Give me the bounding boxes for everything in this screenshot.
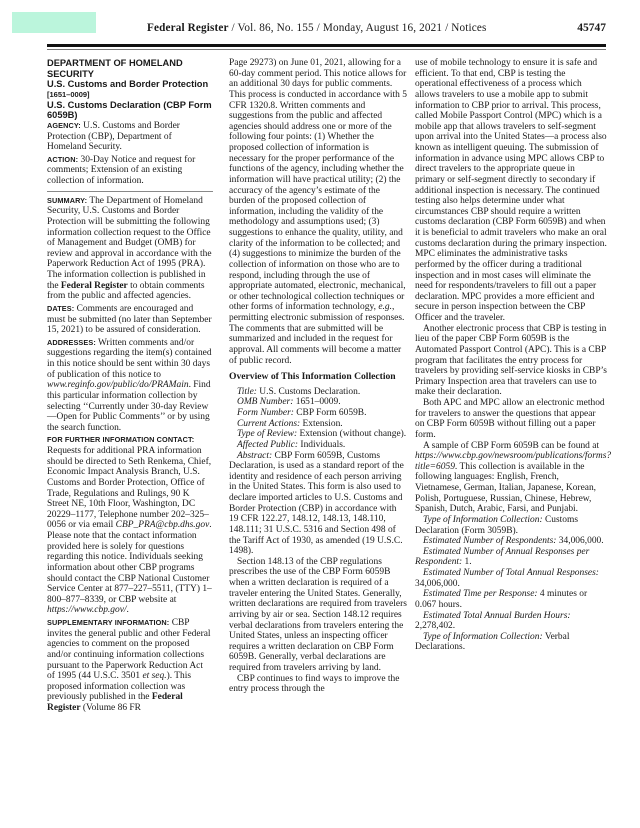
section-148-paragraph: Section 148.13 of the CBP regulations pr… — [229, 557, 407, 674]
addresses-section: ADDRESSES: Written comments and/or sugge… — [47, 338, 213, 434]
cbp-website-link[interactable]: https://www.cbp.gov/ — [47, 605, 127, 615]
field-abstract: Abstract: CBP Form 6059B, Customs Declar… — [229, 451, 407, 557]
running-header: Federal Register / Vol. 86, No. 155 / Mo… — [47, 22, 606, 38]
sub-agency-heading: U.S. Customs and Border Protection — [47, 79, 213, 90]
field-omb-number: OMB Number: 1651–0009. — [229, 397, 407, 408]
estimate-respondents: Estimated Number of Respondents: 34,006,… — [415, 536, 607, 547]
column-1: DEPARTMENT OF HOMELAND SECURITY U.S. Cus… — [47, 58, 213, 714]
header-rule-thin — [47, 49, 606, 50]
addresses-label: ADDRESSES: — [47, 338, 96, 347]
apc-mpc-paragraph: Both APC and MPC allow an electronic met… — [415, 398, 607, 441]
estimate-type-collection-verbal: Type of Information Collection: Verbal D… — [415, 632, 607, 653]
field-form-number: Form Number: CBP Form 6059B. — [229, 408, 407, 419]
contact-section: FOR FURTHER INFORMATION CONTACT: Request… — [47, 435, 213, 616]
estimate-burden-hours: Estimated Total Annual Burden Hours: 2,2… — [415, 611, 607, 632]
field-title: Title: U.S. Customs Declaration. — [229, 387, 407, 398]
supplementary-section: SUPPLEMENTARY INFORMATION: CBP invites t… — [47, 618, 213, 714]
summary-section: SUMMARY: The Department of Homeland Secu… — [47, 196, 213, 302]
agency-heading: DEPARTMENT OF HOMELAND SECURITY — [47, 58, 213, 79]
agency-section: AGENCY: U.S. Customs and Border Protecti… — [47, 121, 213, 153]
email-link[interactable]: CBP_PRA@cbp.dhs.gov — [116, 520, 210, 530]
supplementary-continued: Page 29273) on June 01, 2021, allowing f… — [229, 58, 407, 366]
estimate-type-collection: Type of Information Collection: Customs … — [415, 515, 607, 536]
header-title: Federal Register / Vol. 86, No. 155 / Mo… — [147, 22, 487, 34]
estimate-responses-per-respondent: Estimated Number of Annual Responses per… — [415, 547, 607, 568]
overview-heading: Overview of This Information Collection — [229, 372, 407, 383]
page-number: 45747 — [577, 22, 606, 34]
dates-label: DATES: — [47, 304, 74, 313]
estimate-time-per-response: Estimated Time per Response: 4 minutes o… — [415, 589, 607, 610]
contact-label: FOR FURTHER INFORMATION CONTACT: — [47, 435, 194, 444]
estimate-total-responses: Estimated Number of Total Annual Respons… — [415, 568, 607, 589]
cbp-continues-paragraph: CBP continues to find ways to improve th… — [229, 674, 407, 695]
section-divider — [47, 191, 213, 192]
sample-paragraph: A sample of CBP Form 6059B can be found … — [415, 441, 607, 515]
field-affected-public: Affected Public: Individuals. — [229, 440, 407, 451]
action-section: ACTION: 30-Day Notice and request for co… — [47, 155, 213, 187]
issue-info: / Vol. 86, No. 155 / Monday, August 16, … — [229, 22, 487, 34]
reginfo-link[interactable]: www.reginfo.gov/public/do/PRAMain — [47, 380, 189, 390]
field-current-actions: Current Actions: Extension. — [229, 419, 407, 430]
apc-paragraph: Another electronic process that CBP is t… — [415, 324, 607, 398]
agency-label: AGENCY: — [47, 121, 81, 130]
column-2: Page 29273) on June 01, 2021, allowing f… — [229, 58, 407, 695]
dates-section: DATES: Comments are encouraged and must … — [47, 304, 213, 336]
column-3: use of mobile technology to ensure it is… — [415, 58, 607, 653]
publication-name: Federal Register — [147, 22, 229, 34]
notice-title: U.S. Customs Declaration (CBP Form 6059B… — [47, 100, 213, 121]
action-label: ACTION: — [47, 155, 78, 164]
mpc-paragraph-continued: use of mobile technology to ensure it is… — [415, 58, 607, 324]
header-rule-thick — [47, 44, 606, 47]
summary-label: SUMMARY: — [47, 196, 87, 205]
supplementary-label: SUPPLEMENTARY INFORMATION: — [47, 618, 169, 627]
field-type-of-review: Type of Review: Extension (without chang… — [229, 429, 407, 440]
docket-number: [1651–0009] — [47, 90, 213, 100]
